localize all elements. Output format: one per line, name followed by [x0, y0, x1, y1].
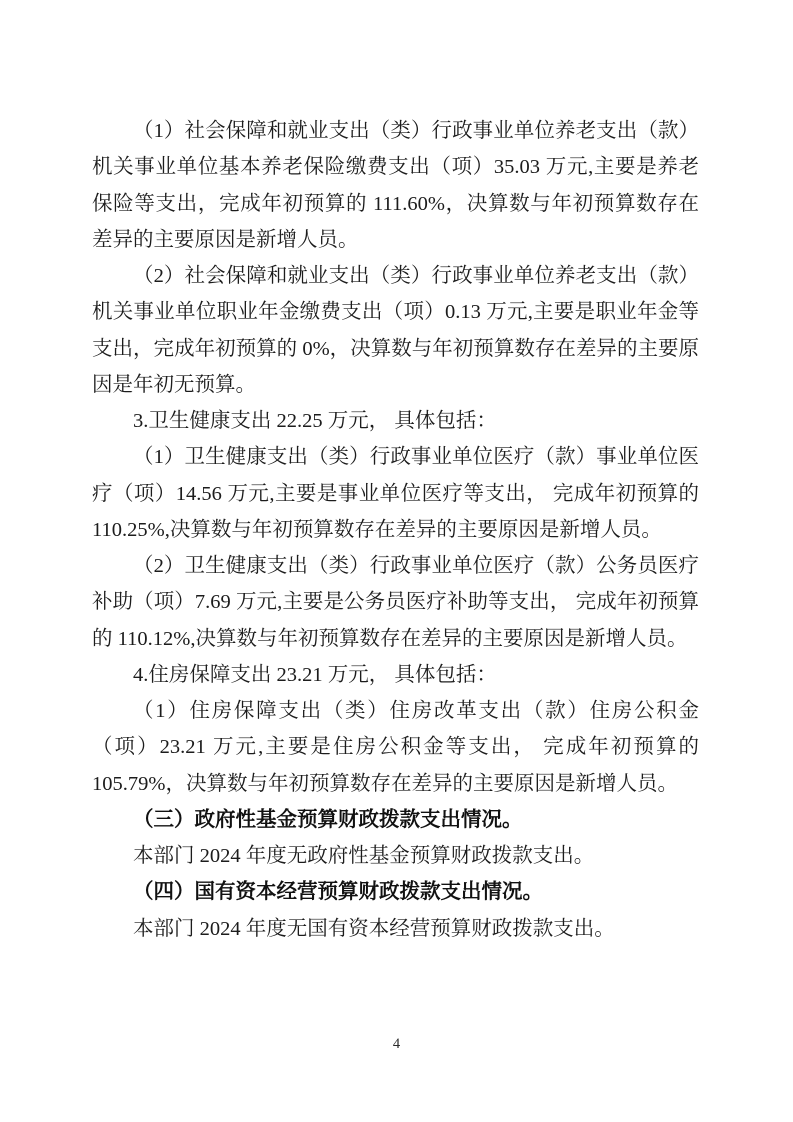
section-heading: （四）国有资本经营预算财政拨款支出情况。 [92, 874, 699, 910]
body-paragraph: 3.卫生健康支出 22.25 万元， 具体包括： [92, 403, 699, 439]
section-heading: （三）政府性基金预算财政拨款支出情况。 [92, 802, 699, 838]
body-paragraph: 本部门 2024 年度无国有资本经营预算财政拨款支出。 [92, 911, 699, 947]
body-paragraph: （1）卫生健康支出（类）行政事业单位医疗（款）事业单位医疗（项）14.56 万元… [92, 439, 699, 548]
body-paragraph: （2）社会保障和就业支出（类）行政事业单位养老支出（款）机关事业单位职业年金缴费… [92, 258, 699, 403]
document-body: （1）社会保障和就业支出（类）行政事业单位养老支出（款）机关事业单位基本养老保险… [92, 113, 699, 947]
page-number: 4 [0, 1034, 793, 1054]
body-paragraph: （1）住房保障支出（类）住房改革支出（款）住房公积金（项）23.21 万元,主要… [92, 693, 699, 802]
document-page: （1）社会保障和就业支出（类）行政事业单位养老支出（款）机关事业单位基本养老保险… [0, 0, 793, 1122]
body-paragraph: （1）社会保障和就业支出（类）行政事业单位养老支出（款）机关事业单位基本养老保险… [92, 113, 699, 258]
body-paragraph: 本部门 2024 年度无政府性基金预算财政拨款支出。 [92, 838, 699, 874]
body-paragraph: （2）卫生健康支出（类）行政事业单位医疗（款）公务员医疗补助（项）7.69 万元… [92, 548, 699, 657]
body-paragraph: 4.住房保障支出 23.21 万元， 具体包括： [92, 657, 699, 693]
